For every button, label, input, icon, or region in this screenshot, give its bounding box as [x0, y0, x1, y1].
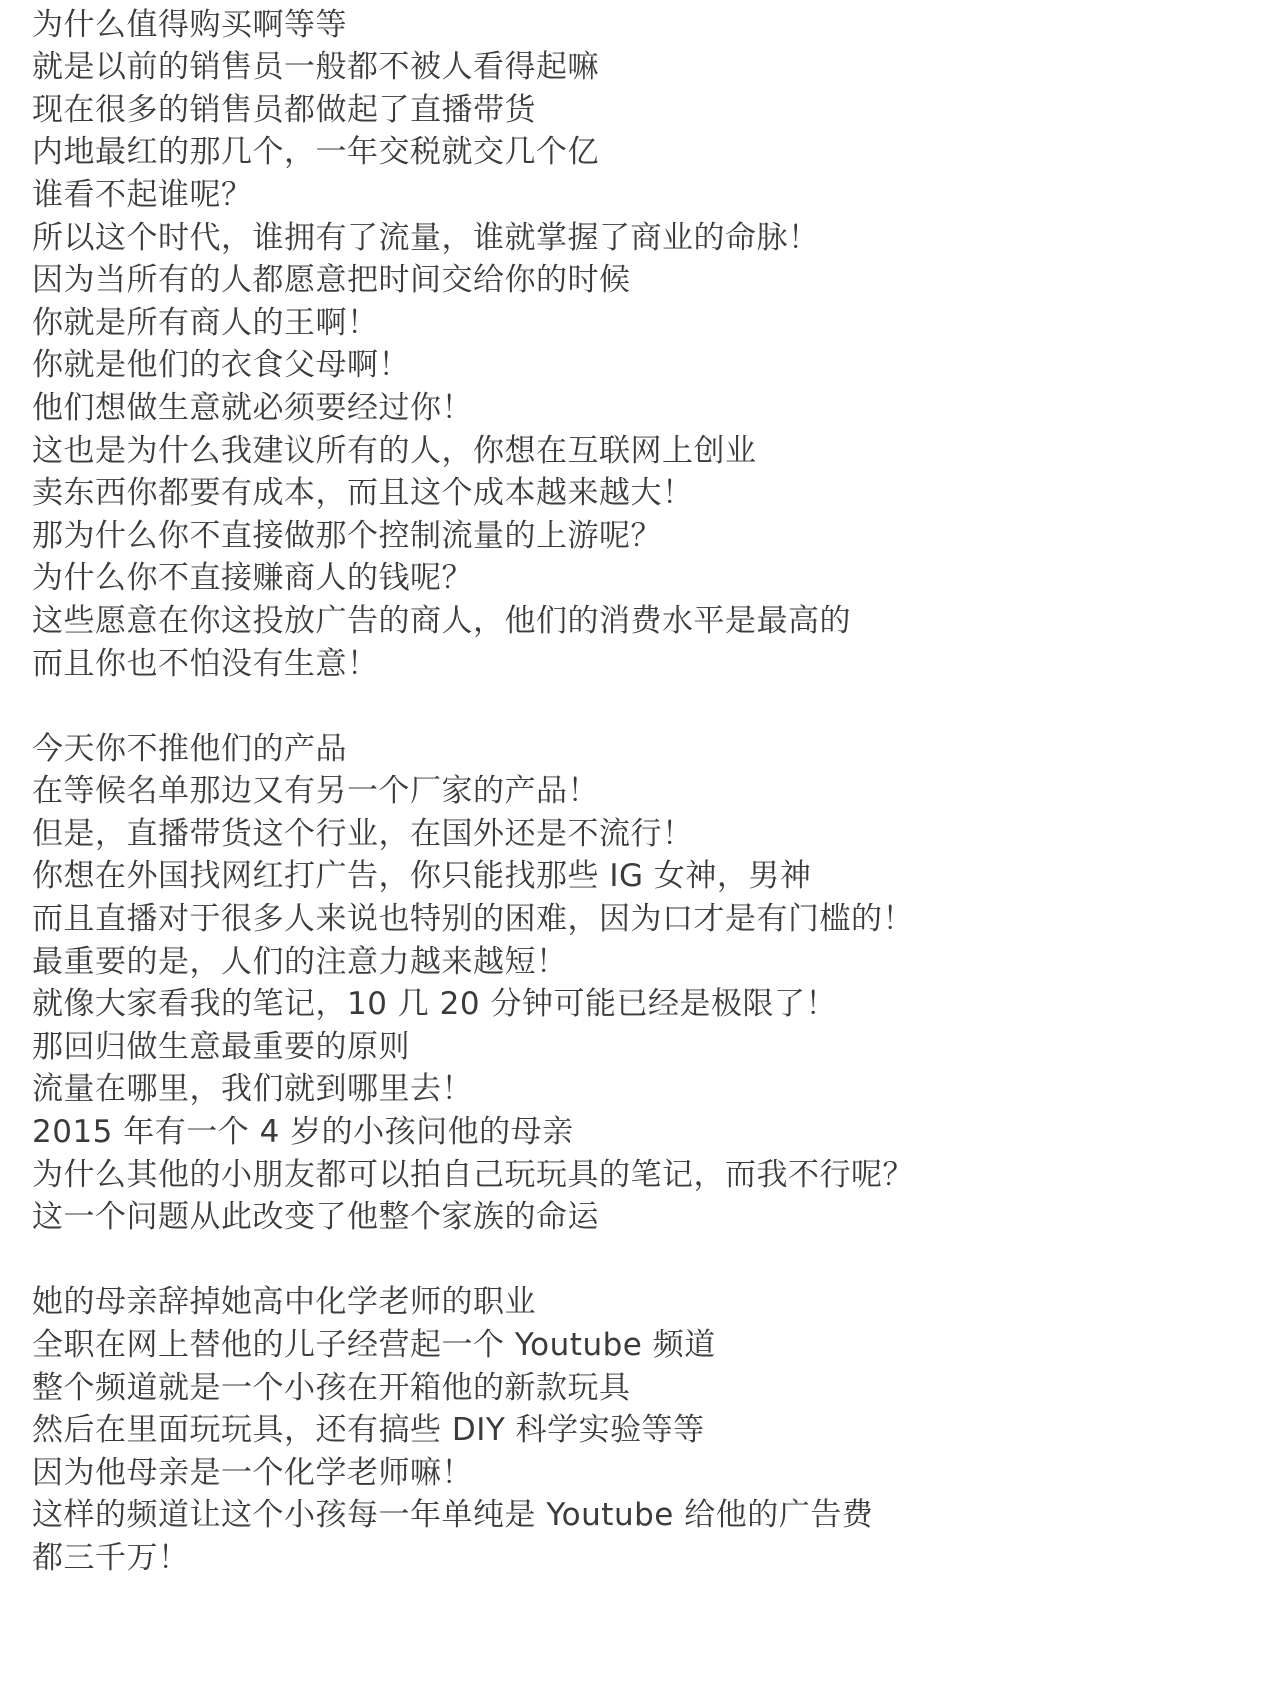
note-line: 她的母亲辞掉她高中化学老师的职业 — [32, 1281, 1252, 1324]
note-line: 因为他母亲是一个化学老师嘛！ — [32, 1452, 1252, 1495]
note-line: 今天你不推他们的产品 — [32, 728, 1252, 771]
note-line: 整个频道就是一个小孩在开箱他的新款玩具 — [32, 1367, 1252, 1410]
note-line: 他们想做生意就必须要经过你！ — [32, 387, 1252, 430]
note-line: 为什么你不直接赚商人的钱呢？ — [32, 557, 1252, 600]
note-line: 但是，直播带货这个行业，在国外还是不流行！ — [32, 813, 1252, 856]
note-line: 卖东西你都要有成本，而且这个成本越来越大！ — [32, 472, 1252, 515]
note-line: 流量在哪里，我们就到哪里去！ — [32, 1068, 1252, 1111]
note-line: 那为什么你不直接做那个控制流量的上游呢？ — [32, 515, 1252, 558]
note-line: 在等候名单那边又有另一个厂家的产品！ — [32, 770, 1252, 813]
note-line: 你就是所有商人的王啊！ — [32, 302, 1252, 345]
note-line: 所以这个时代，谁拥有了流量，谁就掌握了商业的命脉！ — [32, 217, 1252, 260]
note-line: 最重要的是，人们的注意力越来越短！ — [32, 941, 1252, 984]
note-line: 这些愿意在你这投放广告的商人，他们的消费水平是最高的 — [32, 600, 1252, 643]
note-line: 为什么值得购买啊等等 — [32, 4, 1252, 47]
note-line: 就像大家看我的笔记，10 几 20 分钟可能已经是极限了！ — [32, 983, 1252, 1026]
paragraph-break — [32, 685, 1252, 728]
note-line: 全职在网上替他的儿子经营起一个 Youtube 频道 — [32, 1324, 1252, 1367]
note-line: 这也是为什么我建议所有的人，你想在互联网上创业 — [32, 430, 1252, 473]
note-line: 2015 年有一个 4 岁的小孩问他的母亲 — [32, 1111, 1252, 1154]
note-line: 现在很多的销售员都做起了直播带货 — [32, 89, 1252, 132]
note-line: 这一个问题从此改变了他整个家族的命运 — [32, 1196, 1252, 1239]
note-line: 就是以前的销售员一般都不被人看得起嘛 — [32, 46, 1252, 89]
note-line: 而且直播对于很多人来说也特别的困难，因为口才是有门槛的！ — [32, 898, 1252, 941]
note-line: 都三千万！ — [32, 1537, 1252, 1580]
note-body: 对比其他产品有什么优势，有什么不足 为什么值得购买啊等等 就是以前的销售员一般都… — [32, 0, 1252, 1580]
note-line: 为什么其他的小朋友都可以拍自己玩玩具的笔记，而我不行呢？ — [32, 1154, 1252, 1197]
note-line: 内地最红的那几个，一年交税就交几个亿 — [32, 131, 1252, 174]
note-line: 因为当所有的人都愿意把时间交给你的时候 — [32, 259, 1252, 302]
note-line: 谁看不起谁呢？ — [32, 174, 1252, 217]
note-line: 你想在外国找网红打广告，你只能找那些 IG 女神，男神 — [32, 855, 1252, 898]
note-line: 而且你也不怕没有生意！ — [32, 643, 1252, 686]
note-line: 你就是他们的衣食父母啊！ — [32, 344, 1252, 387]
note-line: 那回归做生意最重要的原则 — [32, 1026, 1252, 1069]
note-line: 这样的频道让这个小孩每一年单纯是 Youtube 给他的广告费 — [32, 1494, 1252, 1537]
note-line: 然后在里面玩玩具，还有搞些 DIY 科学实验等等 — [32, 1409, 1252, 1452]
paragraph-break — [32, 1239, 1252, 1282]
